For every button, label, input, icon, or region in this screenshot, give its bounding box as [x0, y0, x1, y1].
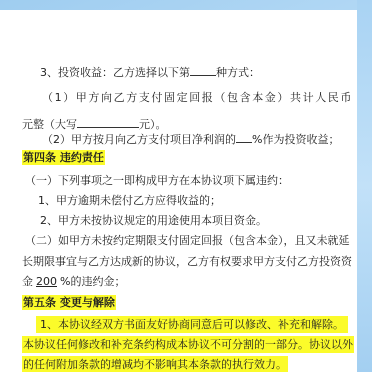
option-2-line: （2）甲方按月向乙方支付项目净利润的%作为投资收益；	[42, 132, 339, 147]
heading-text: 第四条 违约责任	[22, 150, 105, 165]
text: 元）。	[139, 118, 167, 131]
penalty-line: 金200%的违约金；	[22, 275, 125, 289]
text: （2）甲方按月向乙方支付项目净利润的	[42, 133, 236, 146]
option-1-line: （1）甲方向乙方支付固定回报（包含本金）共计人民币	[42, 91, 353, 105]
investment-return-line: 3、投资收益：乙方选择以下第种方式：	[40, 65, 260, 80]
document-page: 3、投资收益：乙方选择以下第种方式： （1）甲方向乙方支付固定回报（包含本金）共…	[0, 10, 357, 372]
text: %的违约金；	[60, 275, 125, 288]
breach-item-2: 2、甲方未按协议规定的用途使用本项目资金。	[40, 214, 267, 228]
highlighted-text: 1、本协议经双方书面友好协商同意后可以修改、补充和解除。	[36, 316, 348, 333]
section-5-heading: 第五条 变更与解除	[22, 296, 116, 310]
heading-text: 第五条 变更与解除	[22, 295, 116, 310]
breach-item-1: 1、甲方逾期未偿付乙方应得收益的；	[38, 194, 221, 208]
amendment-line3: 的任何附加条款的增减均不影响其本条款的执行效力。	[22, 358, 288, 372]
text: 金	[22, 275, 33, 288]
amendment-line2: 本协议任何修改和补充条约构成本协议不可分割的一部分。协议以外	[22, 338, 354, 352]
text: 3、投资收益：乙方选择以下第	[40, 66, 190, 79]
amount-line: 元整（大写元）。	[22, 117, 167, 132]
text: %作为投资收益；	[252, 133, 339, 146]
text: 元整（大写	[22, 118, 77, 131]
blank-field	[190, 65, 216, 76]
blank-field	[236, 132, 252, 143]
text: 种方式：	[216, 66, 260, 79]
section-4-heading: 第四条 违约责任	[22, 151, 105, 165]
breach-intro-line: （一）下列事项之一即构成甲方在本协议项下属违约：	[25, 174, 289, 188]
breach-clause-2-line2: 长期限事宜与乙方达成新的协议，乙方有权要求甲方支付乙方投资资	[22, 255, 352, 269]
desktop-background	[357, 0, 372, 372]
highlighted-text: 本协议任何修改和补充条约构成本协议不可分割的一部分。协议以外	[22, 336, 354, 353]
highlighted-text: 的任何附加条款的增减均不影响其本条款的执行效力。	[22, 356, 288, 372]
penalty-percent-value: 200	[33, 275, 60, 288]
breach-clause-2-line1: （二）如甲方未按约定期限支付固定回报（包含本金），且又未就延	[25, 234, 350, 248]
blank-field	[77, 117, 139, 128]
amendment-line1: 1、本协议经双方书面友好协商同意后可以修改、补充和解除。	[36, 318, 348, 332]
